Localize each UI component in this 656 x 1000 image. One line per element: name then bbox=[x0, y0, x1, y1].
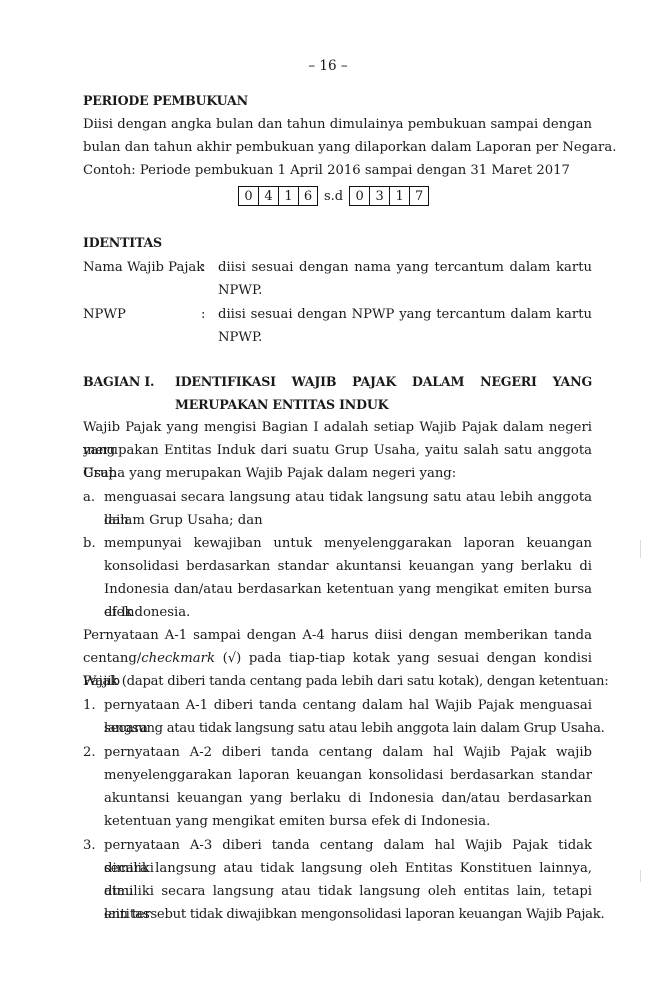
periode-text-line: Diisi dengan angka bulan dan tahun dimul… bbox=[83, 113, 592, 136]
periode-text-line: Contoh: Periode pembukuan 1 April 2016 s… bbox=[83, 159, 570, 182]
periode-text-line: bulan dan tahun akhir pembukuan yang dil… bbox=[83, 136, 616, 159]
text: centang/ bbox=[83, 651, 141, 666]
ident-value-nama: NPWP. bbox=[218, 279, 592, 302]
list-item-text: dalam Grup Usaha; dan bbox=[104, 509, 263, 532]
statement-intro-line: Pajak (dapat diberi tanda centang pada l… bbox=[83, 670, 608, 693]
list-item-text: di Indonesia. bbox=[104, 601, 190, 624]
ident-colon: : bbox=[201, 303, 205, 326]
list-marker: 1. bbox=[83, 694, 96, 717]
bagian-title: MERUPAKAN ENTITAS INDUK bbox=[175, 393, 388, 416]
list-item-text: konsolidasi berdasarkan standar akuntans… bbox=[104, 555, 592, 578]
digit-box: 0 bbox=[238, 186, 258, 206]
ident-value-npwp: NPWP. bbox=[218, 326, 592, 349]
ident-value-npwp: diisi sesuai dengan NPWP yang tercantum … bbox=[218, 303, 592, 326]
list-item-text: mempunyai kewajiban untuk menyelenggarak… bbox=[104, 532, 592, 555]
list-marker: a. bbox=[83, 486, 95, 509]
ident-colon: : bbox=[201, 256, 205, 279]
digit-box: 7 bbox=[409, 186, 429, 206]
digit-box: 1 bbox=[278, 186, 298, 206]
list-item-text: pernyataan A-2 diberi tanda centang dala… bbox=[104, 741, 592, 764]
digit-box: 0 bbox=[349, 186, 369, 206]
separator-label: s.d bbox=[324, 189, 343, 204]
list-marker: 3. bbox=[83, 834, 96, 857]
list-item-text: akuntansi keuangan yang berlaku di Indon… bbox=[104, 787, 592, 810]
periode-heading: PERIODE PEMBUKUAN bbox=[83, 89, 248, 112]
digit-box: 4 bbox=[258, 186, 278, 206]
list-marker: b. bbox=[83, 532, 96, 555]
digit-box: 1 bbox=[389, 186, 409, 206]
digit-box: 6 bbox=[298, 186, 318, 206]
document-page: – 16 – PERIODE PEMBUKUAN Diisi dengan an… bbox=[0, 0, 656, 1000]
ident-label-nama: Nama Wajib Pajak bbox=[83, 256, 204, 279]
ident-label-npwp: NPWP bbox=[83, 303, 126, 326]
list-item-text: langsung atau tidak langsung satu atau l… bbox=[104, 717, 605, 740]
digit-box: 3 bbox=[369, 186, 389, 206]
list-item-text: ketentuan yang mengikat emiten bursa efe… bbox=[104, 810, 490, 833]
list-item-text: menyelenggarakan laporan keuangan konsol… bbox=[104, 764, 592, 787]
scan-margin-mark bbox=[640, 870, 641, 882]
end-period-boxes: 0 3 1 7 bbox=[349, 186, 429, 206]
bagian-label: BAGIAN I. bbox=[83, 370, 154, 393]
list-item-text: lain tersebut tidak diwajibkan mengonsol… bbox=[104, 903, 604, 926]
start-period-boxes: 0 4 1 6 bbox=[238, 186, 318, 206]
checkmark-term: checkmark bbox=[141, 651, 215, 666]
page-number: – 16 – bbox=[0, 58, 656, 74]
bagian-intro-line: Usaha yang merupakan Wajib Pajak dalam n… bbox=[83, 462, 456, 485]
ident-value-nama: diisi sesuai dengan nama yang tercantum … bbox=[218, 256, 592, 279]
scan-margin-mark bbox=[640, 540, 641, 558]
identitas-heading: IDENTITAS bbox=[83, 231, 162, 254]
bagian-title: IDENTIFIKASI WAJIB PAJAK DALAM NEGERI YA… bbox=[175, 370, 592, 393]
statement-intro-line: Pernyataan A-1 sampai dengan A-4 harus d… bbox=[83, 624, 592, 647]
list-marker: 2. bbox=[83, 741, 96, 764]
periode-example-boxes: 0 4 1 6 s.d 0 3 1 7 bbox=[238, 186, 429, 206]
